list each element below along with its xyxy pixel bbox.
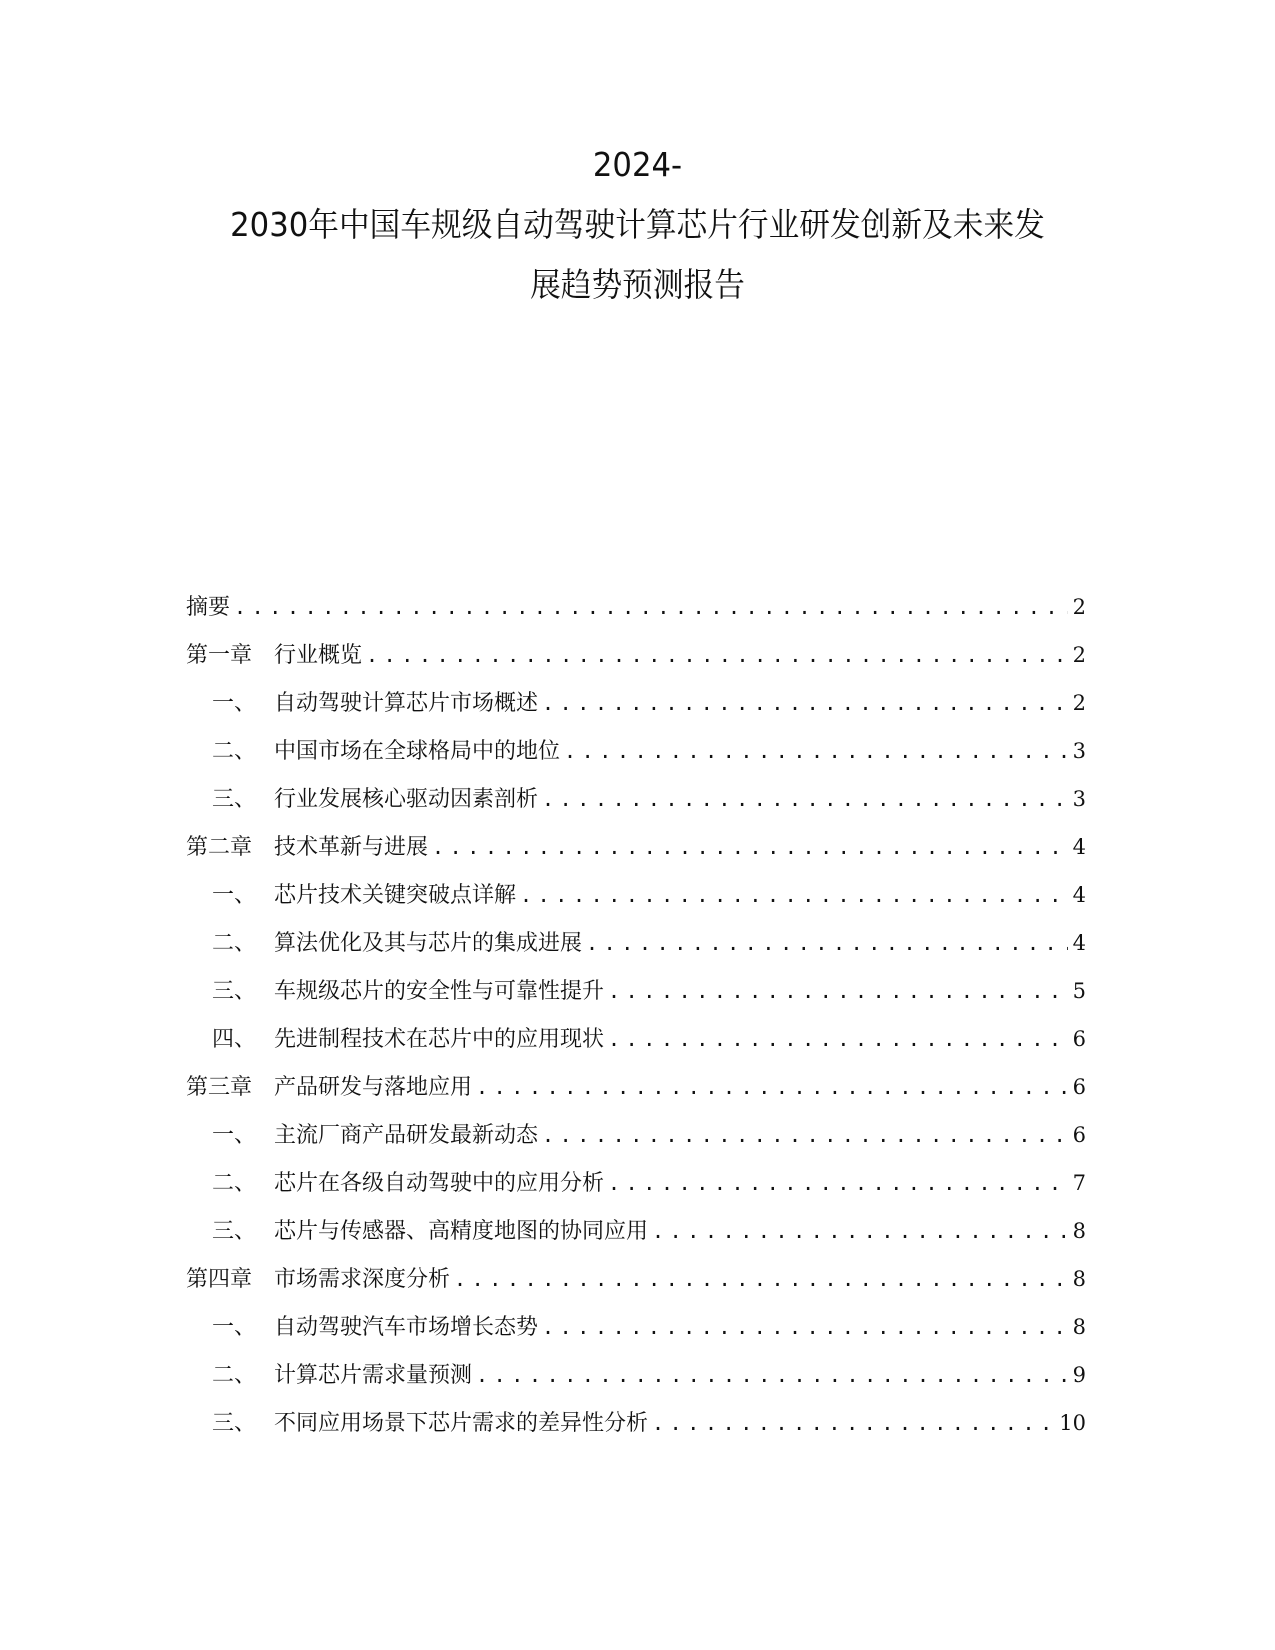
dot-leader	[234, 595, 1068, 619]
toc-entry[interactable]: 一、自动驾驶汽车市场增长态势 8	[186, 1310, 1086, 1358]
toc-entry[interactable]: 第一章行业概览 2	[186, 638, 1086, 686]
toc-page-number: 6	[1072, 1027, 1086, 1051]
report-title: 2024- 2030年中国车规级自动驾驶计算芯片行业研发创新及未来发 展趋势预测…	[0, 135, 1275, 315]
toc-entry-label: 一、自动驾驶计算芯片市场概述	[186, 686, 538, 717]
toc-entry[interactable]: 二、中国市场在全球格局中的地位 3	[186, 734, 1086, 782]
table-of-contents: 摘要 2 第一章行业概览 2 一、自动驾驶计算芯片市场概述 2 二、中国市场在全…	[186, 590, 1086, 1454]
toc-entry[interactable]: 第三章产品研发与落地应用 6	[186, 1070, 1086, 1118]
toc-page-number: 6	[1072, 1123, 1086, 1147]
title-line-3: 展趋势预测报告	[45, 255, 1231, 315]
toc-entry-label: 三、芯片与传感器、高精度地图的协同应用	[186, 1214, 648, 1245]
toc-page-number: 8	[1072, 1267, 1086, 1291]
toc-page-number: 2	[1072, 643, 1086, 667]
dot-leader	[564, 739, 1068, 763]
toc-page-number: 10	[1059, 1411, 1086, 1435]
toc-page-number: 9	[1072, 1363, 1086, 1387]
dot-leader	[520, 883, 1068, 907]
toc-page-number: 2	[1072, 595, 1086, 619]
toc-entry[interactable]: 第四章市场需求深度分析 8	[186, 1262, 1086, 1310]
toc-entry-label: 三、不同应用场景下芯片需求的差异性分析	[186, 1406, 648, 1437]
dot-leader	[608, 979, 1068, 1003]
toc-entry-label: 一、芯片技术关键突破点详解	[186, 878, 516, 909]
dot-leader	[652, 1411, 1055, 1435]
toc-page-number: 8	[1072, 1219, 1086, 1243]
toc-entry[interactable]: 三、行业发展核心驱动因素剖析 3	[186, 782, 1086, 830]
toc-entry-label: 一、主流厂商产品研发最新动态	[186, 1118, 538, 1149]
dot-leader	[652, 1219, 1068, 1243]
toc-entry[interactable]: 二、计算芯片需求量预测 9	[186, 1358, 1086, 1406]
dot-leader	[608, 1171, 1068, 1195]
toc-entry[interactable]: 一、芯片技术关键突破点详解 4	[186, 878, 1086, 926]
toc-entry-label: 三、车规级芯片的安全性与可靠性提升	[186, 974, 604, 1005]
toc-page-number: 3	[1072, 787, 1086, 811]
toc-page-number: 4	[1072, 931, 1086, 955]
toc-entry-label: 二、计算芯片需求量预测	[186, 1358, 472, 1389]
dot-leader	[476, 1363, 1068, 1387]
dot-leader	[432, 835, 1068, 859]
toc-entry-label: 第二章技术革新与进展	[186, 830, 428, 861]
toc-entry[interactable]: 第二章技术革新与进展 4	[186, 830, 1086, 878]
toc-entry[interactable]: 一、主流厂商产品研发最新动态 6	[186, 1118, 1086, 1166]
toc-entry-label: 二、算法优化及其与芯片的集成进展	[186, 926, 582, 957]
toc-entry-label: 第一章行业概览	[186, 638, 362, 669]
dot-leader	[476, 1075, 1068, 1099]
toc-page-number: 4	[1072, 835, 1086, 859]
dot-leader	[542, 1315, 1068, 1339]
title-line-1: 2024-	[45, 135, 1231, 195]
toc-entry-label: 二、芯片在各级自动驾驶中的应用分析	[186, 1166, 604, 1197]
toc-entry[interactable]: 三、芯片与传感器、高精度地图的协同应用 8	[186, 1214, 1086, 1262]
toc-page-number: 2	[1072, 691, 1086, 715]
dot-leader	[542, 1123, 1068, 1147]
dot-leader	[542, 691, 1068, 715]
toc-entry-label: 一、自动驾驶汽车市场增长态势	[186, 1310, 538, 1341]
toc-entry-label: 第三章产品研发与落地应用	[186, 1070, 472, 1101]
title-line-2: 2030年中国车规级自动驾驶计算芯片行业研发创新及未来发	[45, 195, 1231, 255]
toc-entry-label: 二、中国市场在全球格局中的地位	[186, 734, 560, 765]
dot-leader	[586, 931, 1068, 955]
dot-leader	[454, 1267, 1068, 1291]
toc-entry[interactable]: 三、不同应用场景下芯片需求的差异性分析 10	[186, 1406, 1086, 1454]
toc-entry[interactable]: 一、自动驾驶计算芯片市场概述 2	[186, 686, 1086, 734]
toc-entry[interactable]: 三、车规级芯片的安全性与可靠性提升 5	[186, 974, 1086, 1022]
toc-entry-label: 三、行业发展核心驱动因素剖析	[186, 782, 538, 813]
toc-entry[interactable]: 四、先进制程技术在芯片中的应用现状 6	[186, 1022, 1086, 1070]
toc-page-number: 8	[1072, 1315, 1086, 1339]
toc-page-number: 7	[1072, 1171, 1086, 1195]
toc-entry[interactable]: 二、芯片在各级自动驾驶中的应用分析 7	[186, 1166, 1086, 1214]
toc-entry-label: 摘要	[186, 590, 230, 621]
toc-entry[interactable]: 二、算法优化及其与芯片的集成进展 4	[186, 926, 1086, 974]
toc-entry-label: 四、先进制程技术在芯片中的应用现状	[186, 1022, 604, 1053]
toc-page-number: 6	[1072, 1075, 1086, 1099]
toc-page-number: 4	[1072, 883, 1086, 907]
dot-leader	[542, 787, 1068, 811]
toc-entry-label: 第四章市场需求深度分析	[186, 1262, 450, 1293]
dot-leader	[608, 1027, 1068, 1051]
dot-leader	[366, 643, 1068, 667]
toc-page-number: 3	[1072, 739, 1086, 763]
toc-entry[interactable]: 摘要 2	[186, 590, 1086, 638]
toc-page-number: 5	[1072, 979, 1086, 1003]
